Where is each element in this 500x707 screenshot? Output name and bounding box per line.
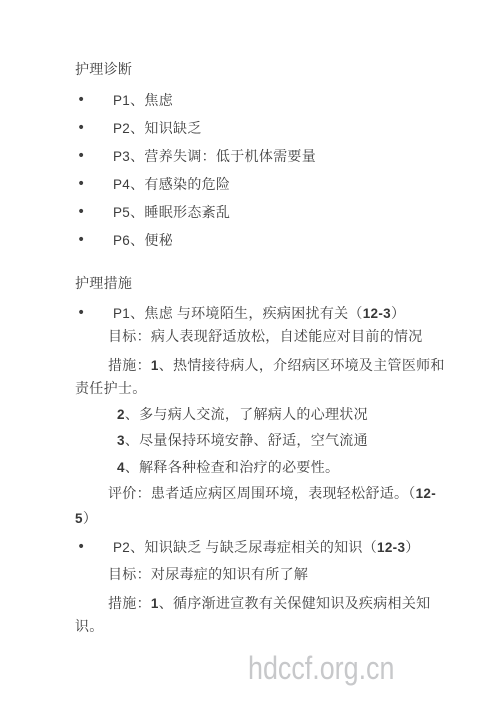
heading-nursing-diagnosis: 护理诊断 (75, 58, 445, 83)
p1-evaluation-line-1: 评价：患者适应病区周围环境，表现轻松舒适。（12- (75, 481, 445, 507)
diagnosis-item-p6: • P6、便秘 (75, 228, 445, 254)
watermark: hdccf.org.cn (248, 650, 394, 687)
measure-p2-title-text: P2、知识缺乏 与缺乏尿毒症相关的知识（12-3） (113, 541, 420, 556)
bullet-icon: • (77, 228, 86, 253)
diagnosis-item-p3: • P3、营养失调：低于机体需要量 (75, 144, 445, 170)
diagnosis-item-p5: • P5、睡眠形态紊乱 (75, 200, 445, 226)
document-page: 护理诊断 • P1、焦虑 • P2、知识缺乏 • P3、营养失调：低于机体需要量… (0, 0, 500, 707)
diagnosis-item-p4: • P4、有感染的危险 (75, 172, 445, 198)
bullet-icon: • (77, 301, 86, 326)
diagnosis-item-p2: • P2、知识缺乏 (75, 116, 445, 142)
bullet-icon: • (77, 144, 86, 169)
diagnosis-item-p2-text: P2、知识缺乏 (113, 122, 202, 137)
diagnosis-item-p6-text: P6、便秘 (113, 234, 173, 249)
p1-sub-measure-2: 2、多与病人交流，了解病人的心理状况 (75, 402, 445, 428)
p2-measure-line-2: 识。 (75, 615, 445, 640)
p1-goal-line: 目标：病人表现舒适放松，自述能应对目前的情况 (75, 325, 445, 350)
diagnosis-item-p5-text: P5、睡眠形态紊乱 (113, 206, 230, 221)
bullet-icon: • (77, 88, 86, 113)
p1-measure-line-2: 责任护士。 (75, 377, 445, 402)
document-body: 护理诊断 • P1、焦虑 • P2、知识缺乏 • P3、营养失调：低于机体需要量… (75, 0, 445, 707)
measure-p2-title: • P2、知识缺乏 与缺乏尿毒症相关的知识（12-3） (75, 535, 445, 561)
bullet-icon: • (77, 172, 86, 197)
p1-sub-measure-3: 3、尽量保持环境安静、舒适，空气流通 (75, 428, 445, 454)
diagnosis-item-p1-text: P1、焦虑 (113, 94, 173, 109)
p1-sub-measure-4: 4、解释各种检查和治疗的必要性。 (75, 455, 445, 481)
diagnosis-item-p4-text: P4、有感染的危险 (113, 178, 230, 193)
p1-measure-line-1: 措施：1、热情接待病人，介绍病区环境及主管医师和 (75, 353, 445, 379)
p2-measure-line-1: 措施：1、循序渐进宣教有关保健知识及疾病相关知 (75, 591, 445, 617)
bullet-icon: • (77, 535, 86, 560)
diagnosis-item-p1: • P1、焦虑 (75, 88, 445, 114)
bullet-icon: • (77, 200, 86, 225)
p1-evaluation-line-2: 5） (75, 506, 445, 532)
diagnosis-item-p3-text: P3、营养失调：低于机体需要量 (113, 150, 316, 165)
heading-nursing-measures: 护理措施 (75, 272, 445, 297)
measure-p1-title-text: P1、焦虑 与环境陌生，疾病困扰有关（12-3） (113, 307, 405, 322)
p2-goal-line: 目标：对尿毒症的知识有所了解 (75, 563, 445, 588)
bullet-icon: • (77, 116, 86, 141)
measure-p1-title: • P1、焦虑 与环境陌生，疾病困扰有关（12-3） (75, 301, 445, 327)
